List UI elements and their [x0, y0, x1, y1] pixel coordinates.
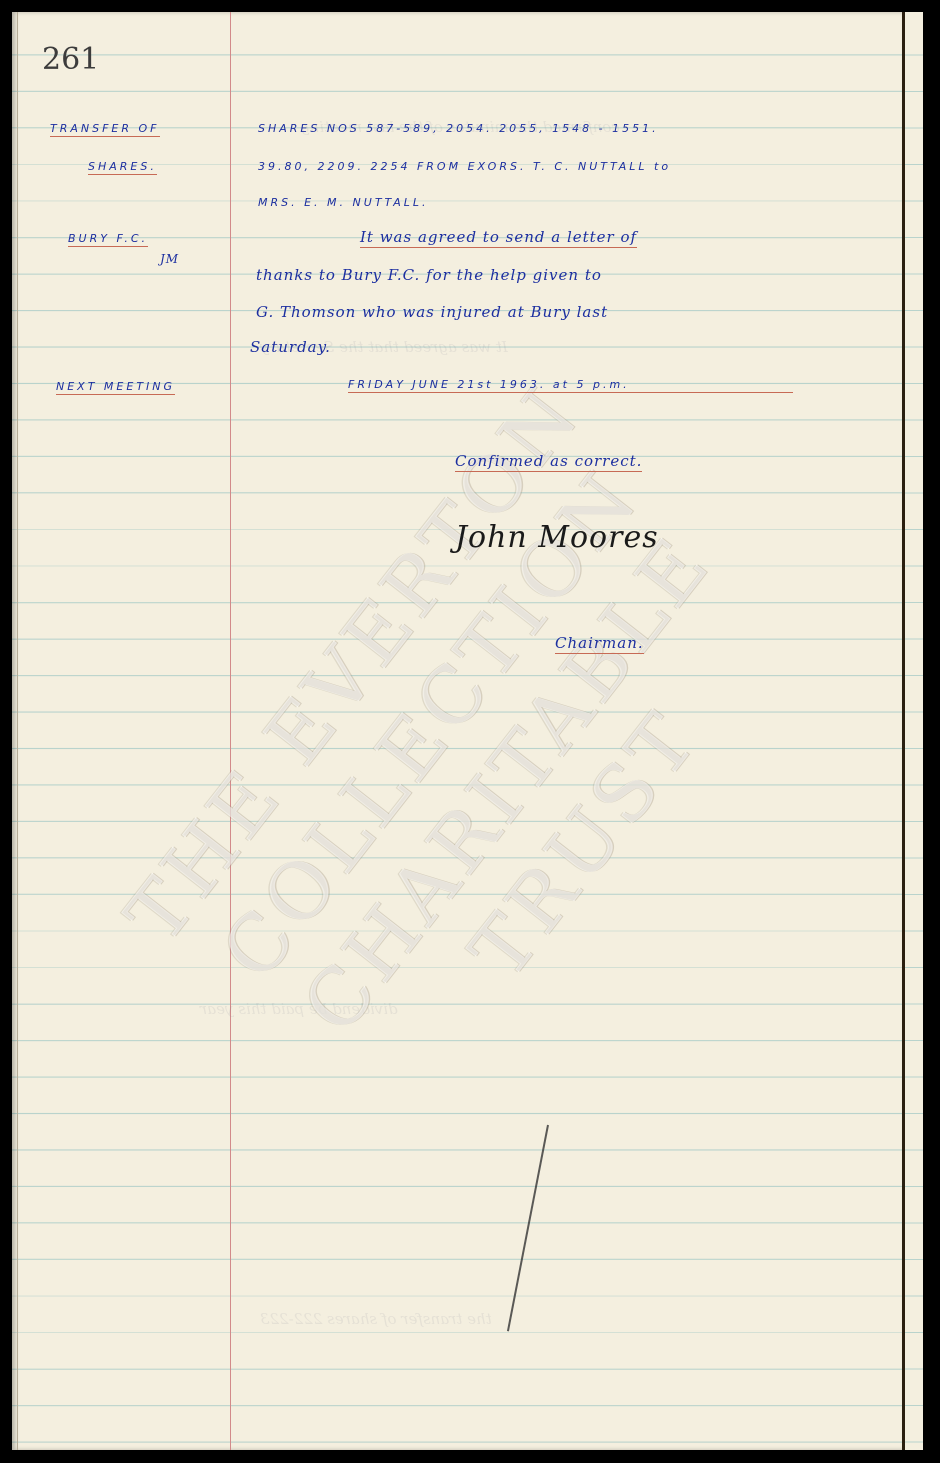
page-number: 261: [42, 42, 99, 77]
entry-line: MRS. E. M. NUTTALL.: [258, 196, 429, 209]
page-edge-line: [17, 12, 18, 1450]
margin-rule: [230, 12, 231, 1450]
heading-shares: SHARES.: [88, 160, 157, 175]
entry-line: G. Thomson who was injured at Bury last: [256, 303, 608, 321]
heading-next-meeting: NEXT MEETING: [56, 380, 175, 395]
entry-text: It was agreed to send a letter of: [360, 228, 637, 248]
entry-line: thanks to Bury F.C. for the help given t…: [256, 266, 602, 284]
next-meeting-date: FRIDAY JUNE 21st 1963. at 5 p.m.: [348, 378, 793, 393]
entry-line: It was agreed to send a letter of: [360, 228, 637, 246]
confirmation-text: Confirmed as correct.: [455, 452, 642, 472]
chairman-title: Chairman.: [555, 634, 644, 654]
heading-transfer-of: TRANSFER OF: [50, 122, 160, 137]
entry-line: Saturday.: [250, 338, 331, 356]
heading-bury-fc: BURY F.C.: [68, 232, 148, 247]
chairman-signature: John Moores: [455, 520, 659, 555]
entry-line: SHARES NOS 587-589, 2054. 2055, 1548 - 1…: [258, 122, 659, 135]
facing-page-edge: [905, 12, 923, 1450]
entry-line: 39.80, 2209. 2254 FROM EXORS. T. C. NUTT…: [258, 160, 671, 173]
initials-mark: JM: [160, 252, 179, 266]
